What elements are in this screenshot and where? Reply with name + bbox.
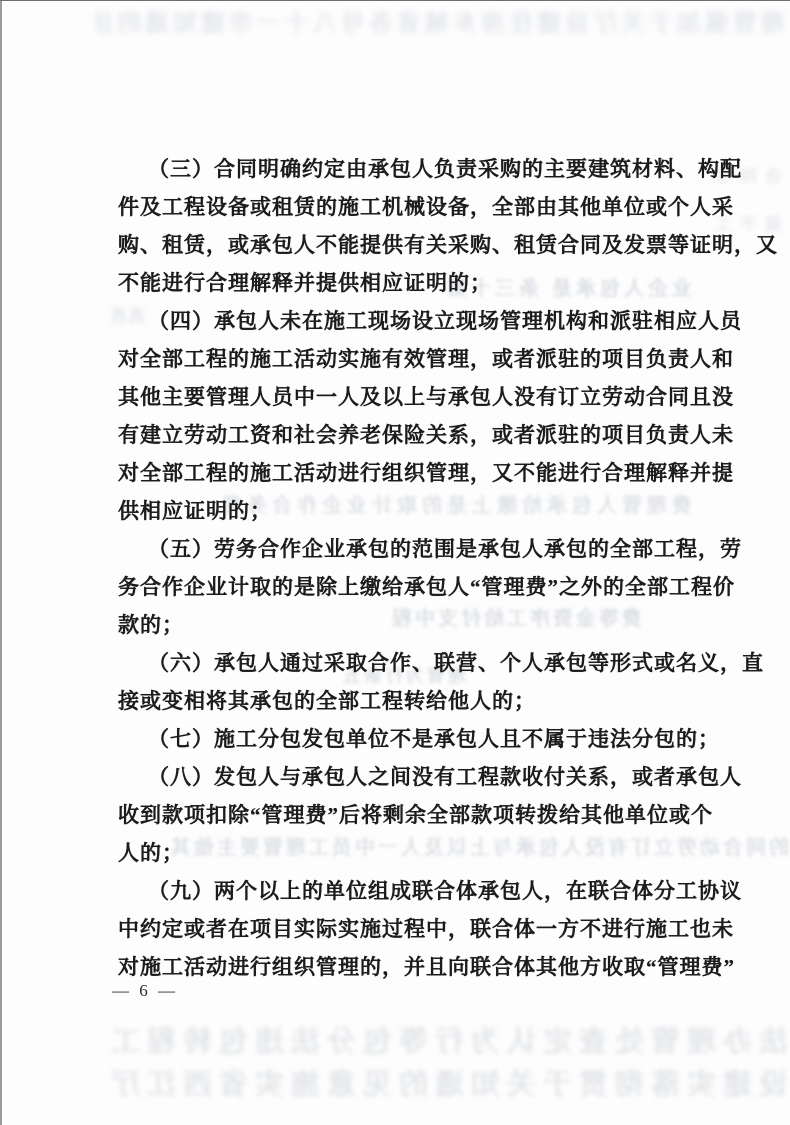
paragraph-item-8: （八）发包人与承包人之间没有工程款收付关系，或者承包人 收到款项扣除“管理费”后… <box>118 758 693 872</box>
text-line: 款的； <box>118 606 693 644</box>
paragraph-item-4: （四）承包人未在施工现场设立现场管理机构和派驻相应人员 对全部工程的施工活动实施… <box>118 302 693 530</box>
text-line: （三）合同明确约定由承包人负责采购的主要建筑材料、构配 <box>118 150 693 188</box>
text-line: 务合作企业计取的是除上缴给承包人“管理费”之外的全部工程价 <box>118 568 693 606</box>
paragraph-item-9: （九）两个以上的单位组成联合体承包人，在联合体分工协议 中约定或者在项目实际实施… <box>118 872 693 986</box>
paragraph-item-7: （七）施工分包发包单位不是承包人且不属于违法分包的； <box>118 720 693 758</box>
text-line: 接或变相将其承包的全部工程转给他人的； <box>118 682 693 720</box>
text-line: （八）发包人与承包人之间没有工程款收付关系，或者承包人 <box>118 758 693 796</box>
text-line: 供相应证明的； <box>118 492 693 530</box>
document-body: （三）合同明确约定由承包人负责采购的主要建筑材料、构配 件及工程设备或租赁的施工… <box>118 150 693 986</box>
text-line: 件及工程设备或租赁的施工机械设备，全部由其他单位或个人采 <box>118 188 693 226</box>
scanned-page: 理管强加于关厅设建住房乡城省各号八十一市建知通的法办理管处查 合同末届不工 业企… <box>0 0 790 1125</box>
text-line: 对全部工程的施工活动进行组织管理，又不能进行合理解释并提 <box>118 454 693 492</box>
text-line: 有建立劳动工资和社会养老保险关系，或者派驻的项目负责人未 <box>118 416 693 454</box>
page-number: — 6 — <box>112 981 178 1001</box>
bleed-through-text: 理管强加于关厅设建住房乡城省各号八十一市建知通的法办理管处查 <box>95 7 785 43</box>
text-line: 购、租赁，或承包人不能提供有关采购、租赁合同及发票等证明，又 <box>118 226 693 264</box>
text-line: （九）两个以上的单位组成联合体承包人，在联合体分工协议 <box>118 872 693 910</box>
text-line: （六）承包人通过采取合作、联营、个人承包等形式或名义，直 <box>118 644 693 682</box>
text-line: 对施工活动进行组织管理的，并且向联合体其他方收取“管理费” <box>118 948 693 986</box>
text-line: 对全部工程的施工活动实施有效管理，或者派驻的项目负责人和 <box>118 340 693 378</box>
text-line: 其他主要管理人员中一人及以上与承包人没有订立劳动合同且没 <box>118 378 693 416</box>
paragraph-item-5: （五）劳务合作企业承包的范围是承包人承包的全部工程，劳 务合作企业计取的是除上缴… <box>118 530 693 644</box>
text-line: 收到款项扣除“管理费”后将剩余全部款项转拨给其他单位或个 <box>118 796 693 834</box>
bleed-through-text: 法办理管处查定认为行等包分法违包转程工设建实落彻贯于关知通的见意施实省西江厅设建… <box>82 1021 788 1109</box>
paragraph-item-6: （六）承包人通过采取合作、联营、个人承包等形式或名义，直 接或变相将其承包的全部… <box>118 644 693 720</box>
text-line: 人的； <box>118 834 693 872</box>
text-line: （四）承包人未在施工现场设立现场管理机构和派驻相应人员 <box>118 302 693 340</box>
text-line: （五）劳务合作企业承包的范围是承包人承包的全部工程，劳 <box>118 530 693 568</box>
text-line: （七）施工分包发包单位不是承包人且不属于违法分包的； <box>118 720 693 758</box>
text-line: 不能进行合理解释并提供相应证明的； <box>118 264 693 302</box>
paragraph-item-3: （三）合同明确约定由承包人负责采购的主要建筑材料、构配 件及工程设备或租赁的施工… <box>118 150 693 302</box>
text-line: 中约定或者在项目实际实施过程中，联合体一方不进行施工也未 <box>118 910 693 948</box>
